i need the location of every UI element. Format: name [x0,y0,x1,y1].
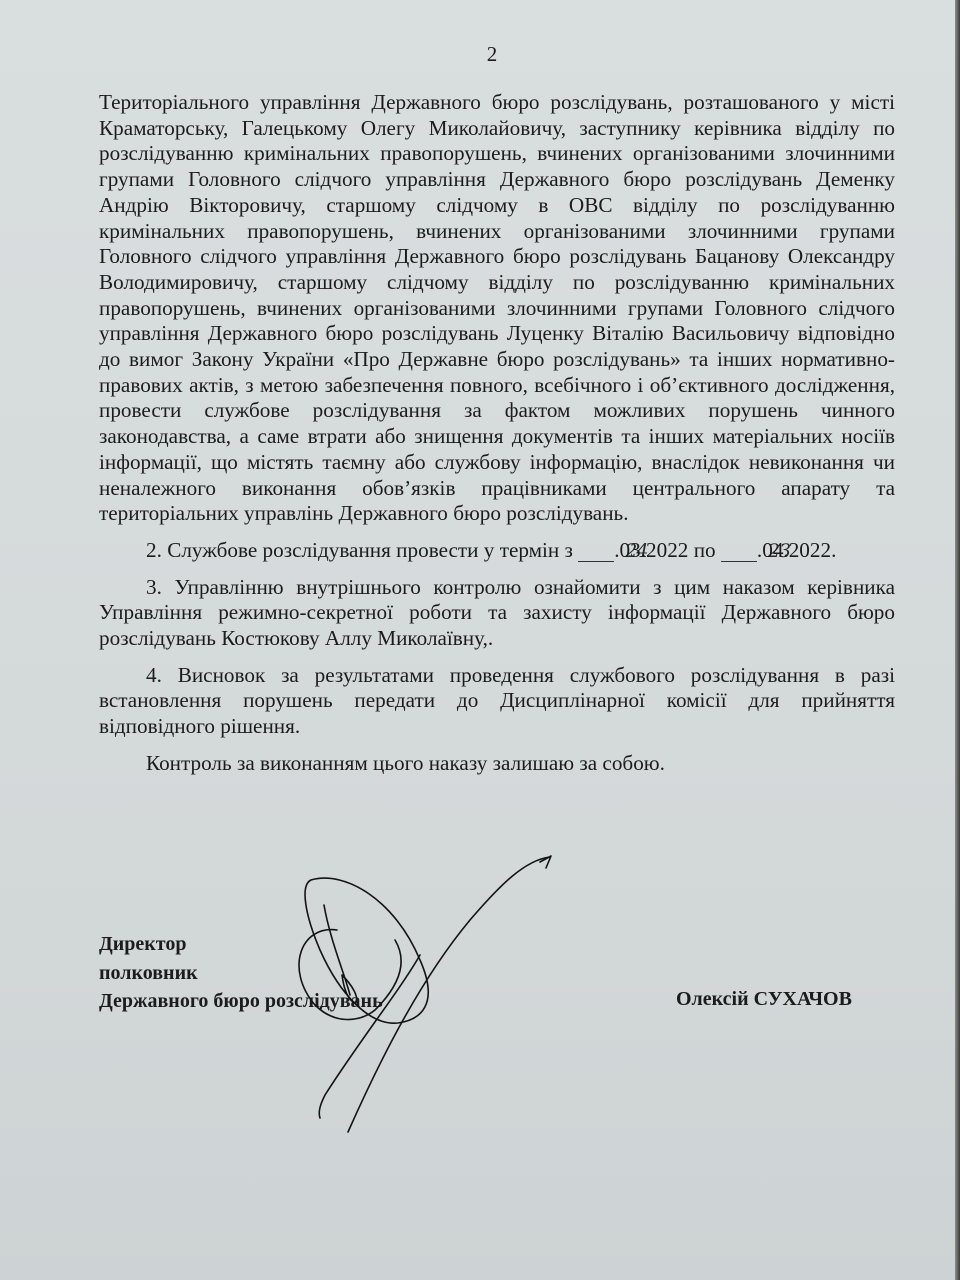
item-2-investigation-term: 2. Службове розслідування провести у тер… [99,538,895,564]
signatory-position: Директор [99,930,383,959]
document-body: Територіального управління Державного бю… [99,90,895,777]
signatory-organization: Державного бюро розслідувань [99,987,383,1016]
paper-edge-shadow [955,0,960,1280]
handwritten-end-day: 23 [721,541,757,562]
item-2-start-rest: .03.2022 по [614,538,721,562]
signatory-rank: полковник [99,959,383,988]
item-3-familiarize: 3. Управлінню внутрішнього контролю озна… [99,575,895,652]
paragraph-continuation: Територіального управління Державного бю… [99,90,895,527]
handwritten-start-day: 24 [578,541,614,562]
item-2-end-rest: .04.2022. [757,538,836,562]
signatory-title: Директор полковник Державного бюро розсл… [99,930,383,1016]
control-statement: Контроль за виконанням цього наказу зали… [99,751,895,777]
signatory-name: Олексій СУХАЧОВ [676,988,852,1011]
item-2-prefix: 2. Службове розслідування провести у тер… [146,538,578,562]
item-4-conclusion: 4. Висновок за результатами проведення с… [99,663,895,740]
page-number: 2 [0,42,960,67]
